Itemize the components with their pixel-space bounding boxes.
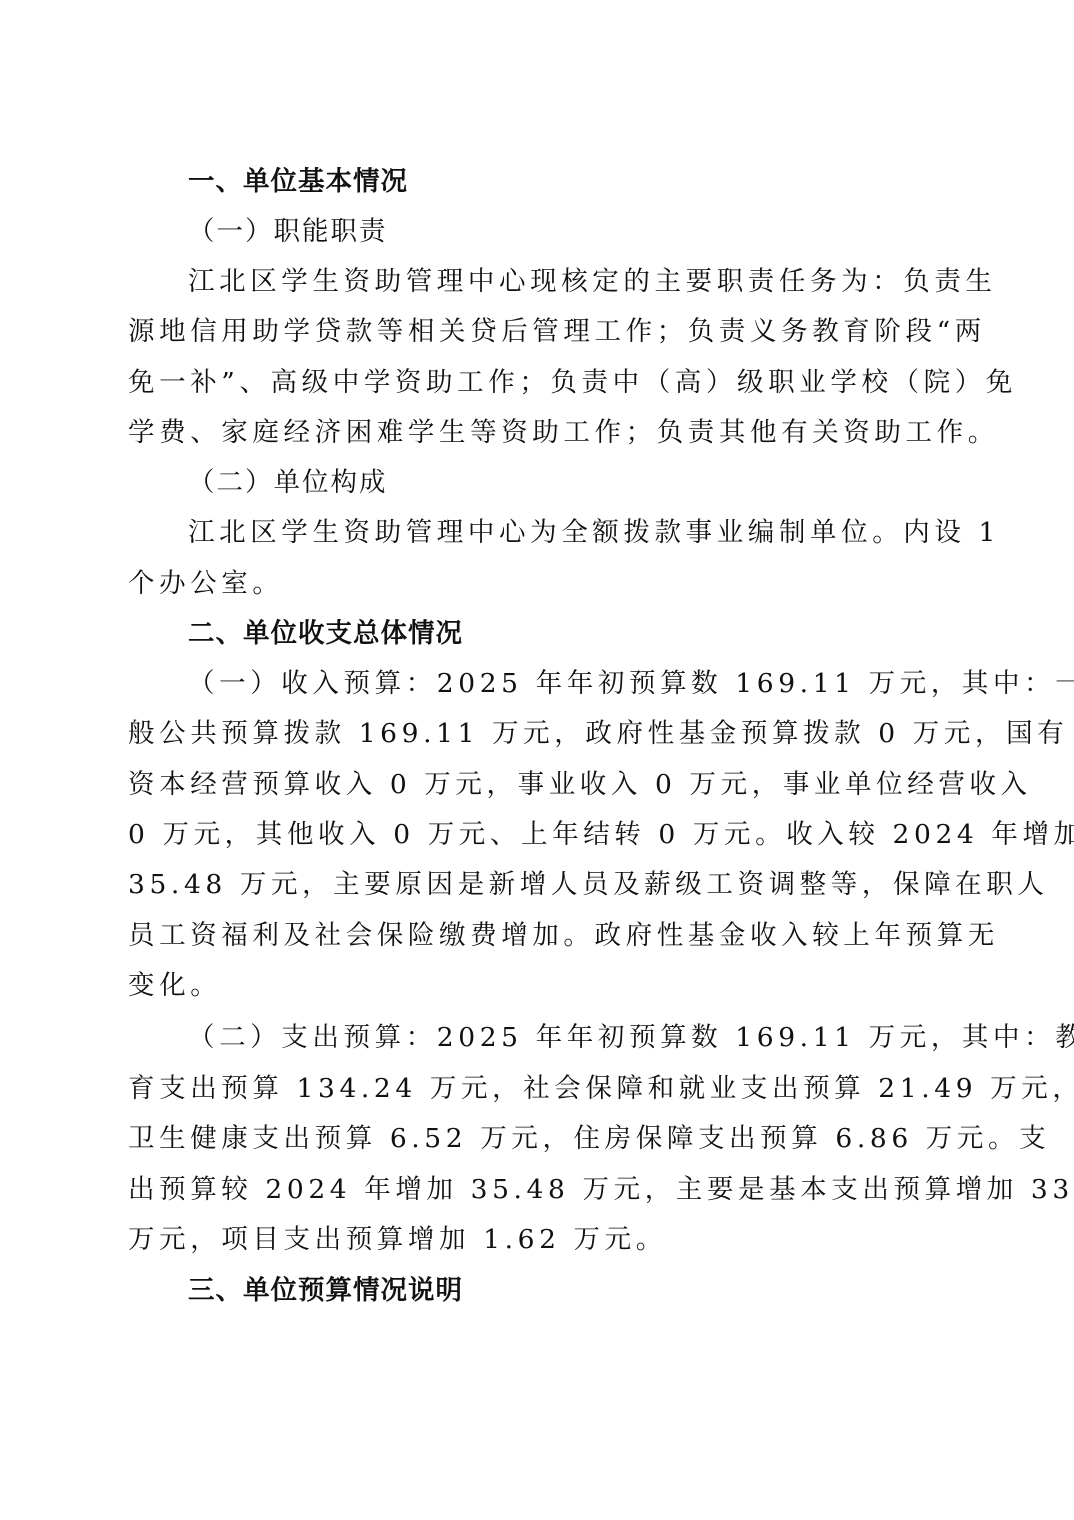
paragraph-line: 变化。 [128, 970, 221, 1002]
paragraph-line: 源地信用助学贷款等相关贷后管理工作；负责义务教育阶段“两 [128, 316, 942, 348]
paragraph-line: 江北区学生资助管理中心为全额拨款事业编制单位。内设 1 [188, 517, 942, 549]
paragraph-line: 学费、家庭经济困难学生等资助工作；负责其他有关资助工作。 [128, 417, 999, 449]
paragraph-line: 万元，项目支出预算增加 1.62 万元。 [128, 1224, 667, 1256]
paragraph-line: 个办公室。 [128, 568, 284, 600]
paragraph-line: 免一补”、高级中学资助工作；负责中（高）级职业学校（院）免 [128, 367, 942, 399]
paragraph-line: 育支出预算 134.24 万元，社会保障和就业支出预算 21.49 万元， [128, 1073, 942, 1105]
paragraph-line: 卫生健康支出预算 6.52 万元，住房保障支出预算 6.86 万元。支 [128, 1123, 942, 1155]
section-heading-revenue-expenditure: 二、单位收支总体情况 [188, 618, 463, 650]
paragraph-line: 江北区学生资助管理中心现核定的主要职责任务为：负责生 [188, 266, 942, 298]
paragraph-line: 员工资福利及社会保险缴费增加。政府性基金收入较上年预算无 [128, 920, 942, 952]
paragraph-line: 般公共预算拨款 169.11 万元，政府性基金预算拨款 0 万元，国有 [128, 718, 942, 750]
section-heading-budget-description: 三、单位预算情况说明 [188, 1275, 463, 1307]
paragraph-line: 0 万元，其他收入 0 万元、上年结转 0 万元。收入较 2024 年增加 [128, 819, 942, 851]
paragraph-line: （一）收入预算：2025 年年初预算数 169.11 万元，其中：一 [188, 668, 942, 700]
paragraph-line: 35.48 万元，主要原因是新增人员及薪级工资调整等，保障在职人 [128, 869, 942, 901]
subheading-composition: （二）单位构成 [188, 467, 388, 499]
document-page: 一、单位基本情况 （一）职能职责 江北区学生资助管理中心现核定的主要职责任务为：… [0, 0, 1074, 1520]
paragraph-line: 资本经营预算收入 0 万元，事业收入 0 万元，事业单位经营收入 [128, 769, 942, 801]
subheading-functions: （一）职能职责 [188, 216, 388, 248]
paragraph-line: 出预算较 2024 年增加 35.48 万元，主要是基本支出预算增加 33.86 [128, 1174, 942, 1206]
section-heading-basic-info: 一、单位基本情况 [188, 166, 408, 198]
paragraph-line: （二）支出预算：2025 年年初预算数 169.11 万元，其中：教 [188, 1022, 942, 1054]
